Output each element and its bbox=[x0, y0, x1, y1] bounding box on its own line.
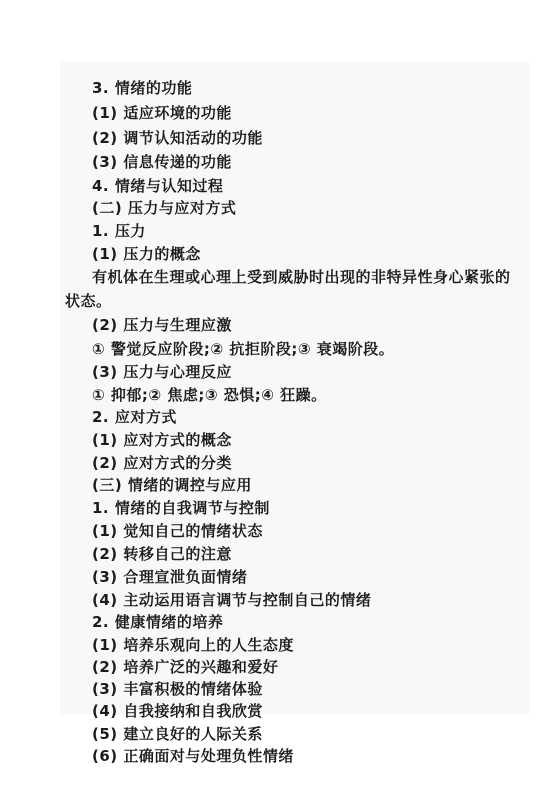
list-item: (2) 应对方式的分类 bbox=[92, 454, 232, 472]
list-item: (2) 调节认知活动的功能 bbox=[92, 129, 263, 147]
list-item: (5) 建立良好的人际关系 bbox=[92, 725, 263, 743]
list-item: (1) 觉知自己的情绪状态 bbox=[92, 522, 263, 540]
list-item: (2) 压力与生理应激 bbox=[92, 316, 232, 334]
list-item: ① 警觉反应阶段;② 抗拒阶段;③ 衰竭阶段。 bbox=[92, 340, 394, 358]
list-item: (2) 转移自己的注意 bbox=[92, 545, 232, 563]
heading-coping: 2. 应对方式 bbox=[92, 408, 177, 426]
list-item: (1) 适应环境的功能 bbox=[92, 104, 232, 122]
list-item: ① 抑郁;② 焦虑;③ 恐惧;④ 狂躁。 bbox=[92, 386, 327, 404]
list-item: (3) 合理宣泄负面情绪 bbox=[92, 568, 247, 586]
list-item: (4) 自我接纳和自我欣赏 bbox=[92, 702, 263, 720]
list-item: (1) 培养乐观向上的人生态度 bbox=[92, 636, 294, 654]
heading-emotion-functions: 3. 情绪的功能 bbox=[92, 79, 192, 97]
section-heading-stress: (二) 压力与应对方式 bbox=[92, 199, 236, 217]
heading-stress: 1. 压力 bbox=[92, 222, 146, 240]
heading-self-regulation: 1. 情绪的自我调节与控制 bbox=[92, 499, 270, 517]
list-item: (1) 应对方式的概念 bbox=[92, 431, 232, 449]
list-item: (3) 信息传递的功能 bbox=[92, 153, 232, 171]
list-item: (3) 压力与心理反应 bbox=[92, 363, 232, 381]
list-item: (4) 主动运用语言调节与控制自己的情绪 bbox=[92, 591, 371, 609]
paragraph-line: 状态。 bbox=[65, 292, 112, 310]
paragraph-line: 有机体在生理或心理上受到威胁时出现的非特异性身心紧张的 bbox=[92, 268, 511, 286]
heading-healthy-emotion: 2. 健康情绪的培养 bbox=[92, 613, 223, 631]
list-item: (1) 压力的概念 bbox=[92, 245, 201, 263]
heading-emotion-cognition: 4. 情绪与认知过程 bbox=[92, 177, 223, 195]
list-item: (3) 丰富积极的情绪体验 bbox=[92, 680, 263, 698]
list-item: (6) 正确面对与处理负性情绪 bbox=[92, 747, 294, 765]
list-item: (2) 培养广泛的兴趣和爱好 bbox=[92, 658, 278, 676]
section-heading-regulation: (三) 情绪的调控与应用 bbox=[92, 476, 252, 494]
